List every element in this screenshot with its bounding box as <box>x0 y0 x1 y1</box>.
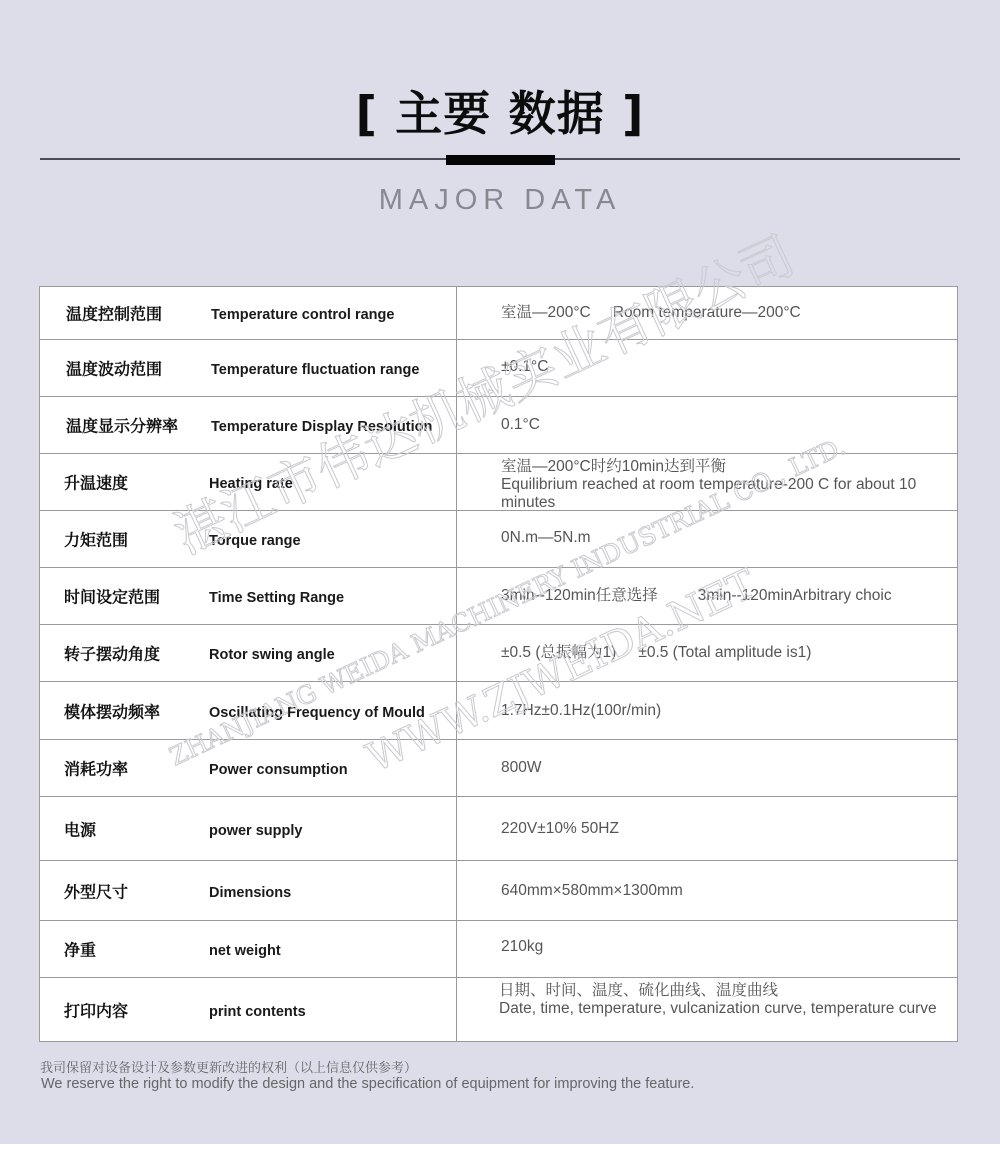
spec-label-zh: 时间设定范围 <box>64 585 160 608</box>
value-cell: 0.1°C <box>457 397 957 453</box>
table-row: 温度控制范围 Temperature control range 室温—200°… <box>40 287 957 340</box>
spec-label-zh: 电源 <box>64 817 96 840</box>
spec-label-zh: 温度控制范围 <box>66 302 162 325</box>
spec-label-en: power supply <box>209 822 302 838</box>
table-row: 力矩范围 Torque range 0N.m—5N.m <box>40 511 957 568</box>
spec-value: 0.1°C <box>501 416 540 434</box>
value-cell: 室温—200°C时约10min达到平衡 Equilibrium reached … <box>457 454 957 510</box>
value-cell: 3min--120min任意选择3min--120minArbitrary ch… <box>457 568 957 624</box>
value-cell: 室温—200°CRoom temperature—200°C <box>457 287 957 339</box>
spec-label-zh: 转子摆动角度 <box>64 642 160 665</box>
value-cell: 210kg <box>457 921 957 977</box>
label-cell: 升温速度 Heating rate <box>40 454 457 510</box>
spec-label-zh: 温度波动范围 <box>66 357 162 380</box>
label-cell: 净重 net weight <box>40 921 457 977</box>
value-cell: 0N.m—5N.m <box>457 511 957 567</box>
spec-value-zh: 室温—200°C <box>501 304 591 322</box>
value-cell: 1.7Hz±0.1Hz(100r/min) <box>457 682 957 739</box>
table-row: 温度波动范围 Temperature fluctuation range ±0.… <box>40 340 957 397</box>
label-cell: 转子摆动角度 Rotor swing angle <box>40 625 457 681</box>
spec-label-zh: 温度显示分辨率 <box>66 414 178 437</box>
value-cell: ±0.5 (总振幅为1)±0.5 (Total amplitude is1) <box>457 625 957 681</box>
page-title: [ 主要 数据 ] <box>0 82 1000 148</box>
spec-label-zh: 升温速度 <box>64 471 128 494</box>
spec-value-zh: 3min--120min任意选择 <box>501 587 658 605</box>
table-row: 升温速度 Heating rate 室温—200°C时约10min达到平衡 Eq… <box>40 454 957 511</box>
value-cell: 640mm×580mm×1300mm <box>457 861 957 920</box>
spec-label-en: Temperature Display Resolution <box>211 419 432 435</box>
table-row: 时间设定范围 Time Setting Range 3min--120min任意… <box>40 568 957 625</box>
spec-value-en: Room temperature—200°C <box>613 304 801 322</box>
spec-value: 0N.m—5N.m <box>501 529 591 547</box>
value-cell: 日期、时间、温度、硫化曲线、温度曲线 Date, time, temperatu… <box>457 978 957 1041</box>
spec-label-zh: 消耗功率 <box>64 757 128 780</box>
value-cell: 220V±10% 50HZ <box>457 797 957 860</box>
spec-label-en: Heating rate <box>209 476 293 492</box>
spec-value-en: ±0.5 (Total amplitude is1) <box>638 644 811 662</box>
spec-value-en: Equilibrium reached at room temperature-… <box>501 476 937 512</box>
spec-value: 210kg <box>501 938 543 956</box>
spec-label-en: net weight <box>209 943 281 959</box>
label-cell: 温度波动范围 Temperature fluctuation range <box>40 340 457 396</box>
spec-label-zh: 净重 <box>64 938 96 961</box>
label-cell: 温度控制范围 Temperature control range <box>40 287 457 339</box>
spec-value-zh: 日期、时间、温度、硫化曲线、温度曲线 <box>499 982 778 1000</box>
spec-table: 温度控制范围 Temperature control range 室温—200°… <box>39 286 958 1042</box>
spec-value: 220V±10% 50HZ <box>501 820 619 838</box>
table-row: 外型尺寸 Dimensions 640mm×580mm×1300mm <box>40 861 957 921</box>
spec-label-en: print contents <box>209 1003 306 1019</box>
spec-value-zh: ±0.5 (总振幅为1) <box>501 644 616 662</box>
spec-label-en: Power consumption <box>209 762 348 778</box>
label-cell: 力矩范围 Torque range <box>40 511 457 567</box>
spec-label-en: Oscillating Frequency of Mould <box>209 704 425 720</box>
table-row: 转子摆动角度 Rotor swing angle ±0.5 (总振幅为1)±0.… <box>40 625 957 682</box>
spec-value: 1.7Hz±0.1Hz(100r/min) <box>501 702 661 720</box>
spec-value-en: Date, time, temperature, vulcanization c… <box>499 1000 937 1018</box>
table-row: 模体摆动频率 Oscillating Frequency of Mould 1.… <box>40 682 957 740</box>
spec-label-zh: 外型尺寸 <box>64 879 128 902</box>
title-divider-bar <box>446 155 555 165</box>
spec-value: 640mm×580mm×1300mm <box>501 882 683 900</box>
spec-label-zh: 模体摆动频率 <box>64 699 160 722</box>
label-cell: 外型尺寸 Dimensions <box>40 861 457 920</box>
value-cell: 800W <box>457 740 957 796</box>
table-row: 温度显示分辨率 Temperature Display Resolution 0… <box>40 397 957 454</box>
spec-label-en: Temperature fluctuation range <box>211 362 419 378</box>
spec-value: 800W <box>501 759 542 777</box>
label-cell: 模体摆动频率 Oscillating Frequency of Mould <box>40 682 457 739</box>
label-cell: 消耗功率 Power consumption <box>40 740 457 796</box>
spec-value-zh: 室温—200°C时约10min达到平衡 <box>501 458 726 476</box>
spec-value-en: 3min--120minArbitrary choic <box>698 587 892 605</box>
spec-value: ±0.1°C <box>501 358 548 376</box>
spec-label-en: Torque range <box>209 533 301 549</box>
table-row: 电源 power supply 220V±10% 50HZ <box>40 797 957 861</box>
label-cell: 温度显示分辨率 Temperature Display Resolution <box>40 397 457 453</box>
spec-label-zh: 力矩范围 <box>64 528 128 551</box>
spec-label-en: Temperature control range <box>211 307 394 323</box>
table-row: 消耗功率 Power consumption 800W <box>40 740 957 797</box>
disclaimer-zh: 我司保留对设备设计及参数更新改进的权利（以上信息仅供参考） <box>40 1057 417 1076</box>
spec-label-en: Rotor swing angle <box>209 647 335 663</box>
table-row: 净重 net weight 210kg <box>40 921 957 978</box>
spec-label-en: Dimensions <box>209 884 291 900</box>
table-row: 打印内容 print contents 日期、时间、温度、硫化曲线、温度曲线 D… <box>40 978 957 1041</box>
label-cell: 电源 power supply <box>40 797 457 860</box>
value-cell: ±0.1°C <box>457 340 957 396</box>
disclaimer-en: We reserve the right to modify the desig… <box>41 1076 694 1092</box>
label-cell: 打印内容 print contents <box>40 978 457 1041</box>
label-cell: 时间设定范围 Time Setting Range <box>40 568 457 624</box>
page-subtitle: MAJOR DATA <box>0 180 1000 220</box>
spec-label-en: Time Setting Range <box>209 590 344 606</box>
spec-label-zh: 打印内容 <box>64 998 128 1021</box>
